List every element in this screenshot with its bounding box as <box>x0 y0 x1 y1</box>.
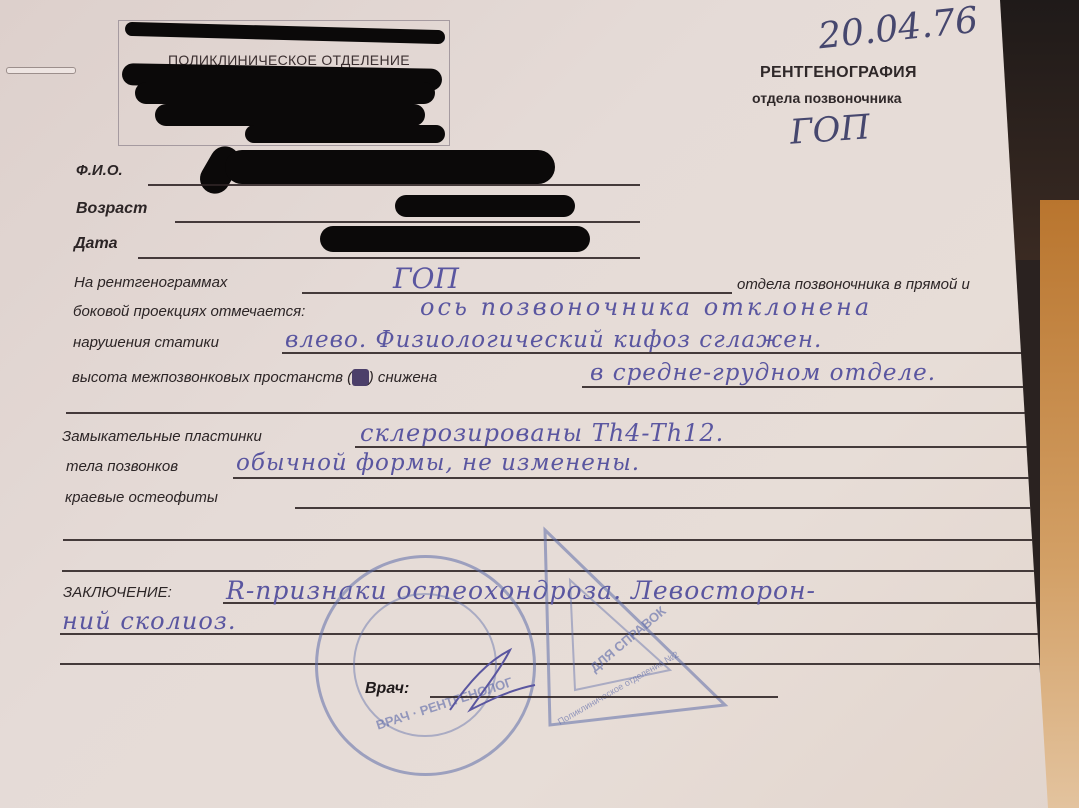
statics-label: нарушения статики <box>73 334 219 351</box>
xray-value: ГОП <box>393 262 459 295</box>
projection-value: ось позвоночника отклонена <box>420 293 872 321</box>
xray-suffix: отдела позвоночника в прямой и <box>737 276 970 293</box>
statics-value: влево. Физиологический кифоз сглажен. <box>285 327 822 353</box>
osteophytes-line[interactable] <box>295 507 1070 509</box>
redaction-bar <box>320 226 590 252</box>
age-label: Возраст <box>76 200 147 218</box>
doctor-signature <box>440 640 560 720</box>
projection-label: боковой проекциях отмечается: <box>73 303 305 320</box>
endplates-label: Замыкательные пластинки <box>62 428 262 445</box>
fio-label: Ф.И.О. <box>76 162 123 179</box>
wooden-edge <box>1040 200 1079 808</box>
date-line[interactable] <box>138 257 640 259</box>
bodies-line[interactable] <box>233 477 1068 479</box>
redaction-bar <box>155 104 425 126</box>
conclusion-line-2: ний сколиоз. <box>62 607 236 635</box>
fio-line[interactable] <box>148 184 640 186</box>
height-label-end: ) снижена <box>369 369 438 386</box>
age-line[interactable] <box>175 221 640 223</box>
height-label-start: высота межпозвонковых простанств ( <box>72 369 352 386</box>
date-label: Дата <box>74 235 118 253</box>
handwritten-date: 20.04.76 <box>816 0 980 57</box>
redaction-bar <box>395 195 575 217</box>
xray-report-form: ПОЛИКЛИНИЧЕСКОЕ ОТДЕЛЕНИЕ 20.04.76 РЕНТГ… <box>0 0 1060 808</box>
conclusion-label: ЗАКЛЮЧЕНИЕ: <box>63 584 172 601</box>
endplates-value: склерозированы Th4-Th12. <box>360 419 724 447</box>
handwritten-region: ГОП <box>789 107 872 152</box>
staple-mark <box>6 67 76 74</box>
height-label: высота межпозвонковых простанств (не) сн… <box>72 369 437 386</box>
height-line[interactable] <box>582 386 1062 388</box>
osteophytes-label: краевые остеофиты <box>65 489 218 506</box>
blank-line[interactable] <box>66 412 1064 414</box>
height-crossed-word: не <box>352 369 369 386</box>
bodies-label: тела позвонков <box>66 458 178 475</box>
xray-prefix: На рентгенограммах <box>74 274 227 291</box>
redaction-bar <box>225 150 555 184</box>
doctor-label: Врач: <box>365 680 409 698</box>
redaction-bar <box>135 82 435 104</box>
redaction-bar <box>245 125 445 143</box>
form-subtitle: отдела позвоночника <box>752 90 902 106</box>
form-title: РЕНТГЕНОГРАФИЯ <box>760 64 917 82</box>
bodies-value: обычной формы, не изменены. <box>236 450 640 476</box>
height-value: в средне-грудном отделе. <box>590 360 936 386</box>
